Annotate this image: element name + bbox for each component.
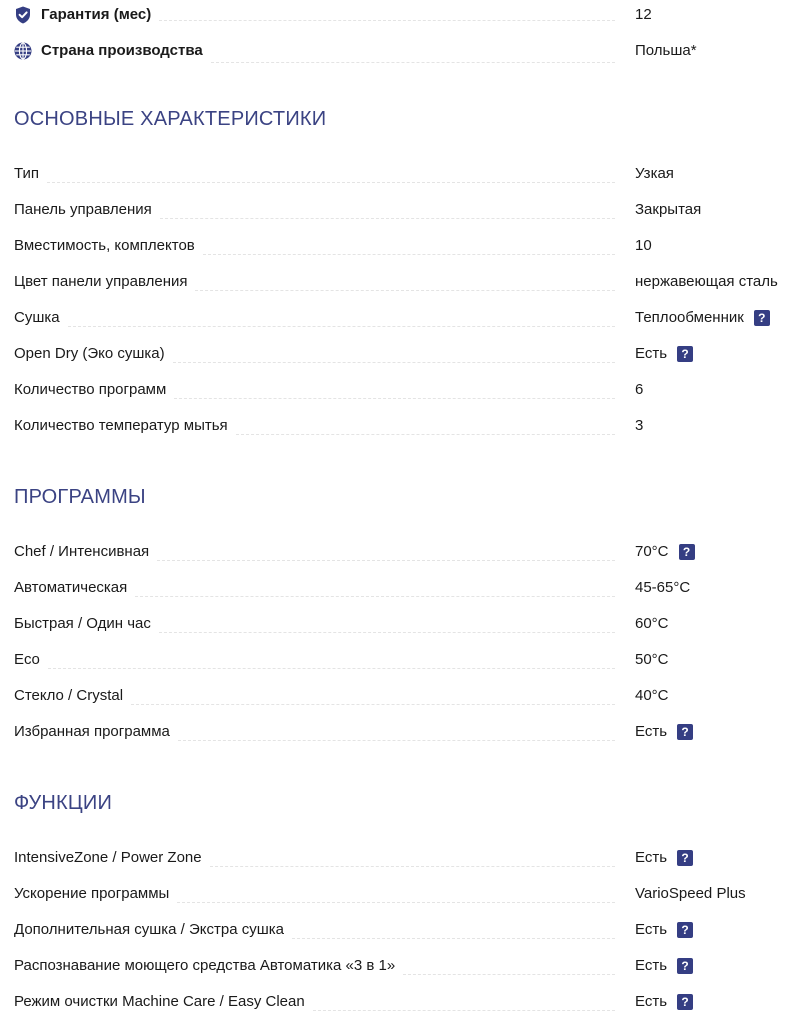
- spec-value-text: 70°C: [635, 543, 669, 561]
- spec-label: IntensiveZone / Power Zone: [14, 849, 210, 867]
- spec-label-wrap: Страна производства: [14, 30, 621, 72]
- spec-label-wrap: Распознавание моющего средства Автоматик…: [14, 948, 621, 984]
- spec-value: 12: [621, 6, 652, 24]
- spec-label: Open Dry (Эко сушка): [14, 345, 173, 363]
- dotted-leader: [211, 62, 615, 63]
- spec-label: Дополнительная сушка / Экстра сушка: [14, 921, 292, 939]
- spec-value: 45-65°C: [621, 579, 690, 597]
- spec-label: Гарантия (мес): [41, 6, 159, 24]
- spec-row: Ускорение программыVarioSpeed Plus: [14, 876, 792, 912]
- dotted-leader: [157, 560, 615, 561]
- section-title: ПРОГРАММЫ: [14, 485, 792, 509]
- section-main-characteristics: ОСНОВНЫЕ ХАРАКТЕРИСТИКИ ТипУзкаяПанель у…: [14, 107, 792, 444]
- dotted-leader: [47, 182, 615, 183]
- dotted-leader: [403, 974, 615, 975]
- spec-label-wrap: Стекло / Crystal: [14, 678, 621, 714]
- help-icon[interactable]: ?: [677, 724, 693, 740]
- spec-row: СушкаТеплообменник?: [14, 300, 792, 336]
- spec-label: Eco: [14, 651, 48, 669]
- dotted-leader: [173, 362, 615, 363]
- spec-value-text: нержавеющая сталь: [635, 273, 778, 291]
- spec-label: Цвет панели управления: [14, 273, 195, 291]
- spec-row: Автоматическая45-65°C: [14, 570, 792, 606]
- spec-label: Тип: [14, 165, 47, 183]
- dotted-leader: [160, 218, 615, 219]
- spec-label-wrap: Сушка: [14, 300, 621, 336]
- help-icon[interactable]: ?: [677, 958, 693, 974]
- spec-value: Есть?: [621, 849, 693, 867]
- spec-value-text: 45-65°C: [635, 579, 690, 597]
- spec-row: Режим очистки Machine Care / Easy CleanЕ…: [14, 984, 792, 1017]
- spec-value: 60°C: [621, 615, 669, 633]
- spec-label-wrap: Режим очистки Machine Care / Easy Clean: [14, 984, 621, 1017]
- spec-value-text: 12: [635, 6, 652, 24]
- spec-value-text: 3: [635, 417, 643, 435]
- spec-value-text: Теплообменник: [635, 309, 744, 327]
- spec-value: 10: [621, 237, 652, 255]
- spec-label: Количество программ: [14, 381, 174, 399]
- help-icon[interactable]: ?: [677, 346, 693, 362]
- help-icon[interactable]: ?: [679, 544, 695, 560]
- spec-value-text: 6: [635, 381, 643, 399]
- spec-label-wrap: Автоматическая: [14, 570, 621, 606]
- spec-value-text: Есть: [635, 921, 667, 939]
- spec-row: IntensiveZone / Power ZoneЕсть?: [14, 840, 792, 876]
- spec-label-wrap: Open Dry (Эко сушка): [14, 336, 621, 372]
- spec-value: 50°C: [621, 651, 669, 669]
- section-rows: IntensiveZone / Power ZoneЕсть?Ускорение…: [14, 840, 792, 1017]
- spec-value: 3: [621, 417, 643, 435]
- spec-label: Сушка: [14, 309, 68, 327]
- spec-value-text: VarioSpeed Plus: [635, 885, 746, 903]
- spec-label: Страна производства: [41, 42, 211, 60]
- spec-row-country: Страна производства Польша*: [14, 30, 792, 72]
- dotted-leader: [135, 596, 615, 597]
- spec-value-text: 60°C: [635, 615, 669, 633]
- spec-label: Ускорение программы: [14, 885, 177, 903]
- dotted-leader: [203, 254, 615, 255]
- dotted-leader: [68, 326, 615, 327]
- spec-label: Chef / Интенсивная: [14, 543, 157, 561]
- dotted-leader: [159, 632, 615, 633]
- spec-value: Закрытая: [621, 201, 701, 219]
- spec-label-wrap: Гарантия (мес): [14, 0, 621, 30]
- spec-label: Распознавание моющего средства Автоматик…: [14, 957, 403, 975]
- dotted-leader: [313, 1010, 615, 1011]
- spec-label-wrap: Ускорение программы: [14, 876, 621, 912]
- spec-value-text: Есть: [635, 957, 667, 975]
- spec-label-wrap: Вместимость, комплектов: [14, 228, 621, 264]
- spec-label: Панель управления: [14, 201, 160, 219]
- spec-label: Автоматическая: [14, 579, 135, 597]
- spec-value: Есть?: [621, 993, 693, 1011]
- spec-value-text: Есть: [635, 849, 667, 867]
- spec-label-wrap: IntensiveZone / Power Zone: [14, 840, 621, 876]
- spec-label-wrap: Быстрая / Один час: [14, 606, 621, 642]
- spec-label: Количество температур мытья: [14, 417, 236, 435]
- spec-label-wrap: Количество температур мытья: [14, 408, 621, 444]
- dotted-leader: [178, 740, 615, 741]
- dotted-leader: [131, 704, 615, 705]
- spec-value: 70°C?: [621, 543, 695, 561]
- spec-label-wrap: Eco: [14, 642, 621, 678]
- help-icon[interactable]: ?: [677, 922, 693, 938]
- help-icon[interactable]: ?: [677, 994, 693, 1010]
- spec-row: Количество программ6: [14, 372, 792, 408]
- help-icon[interactable]: ?: [754, 310, 770, 326]
- spec-label-wrap: Тип: [14, 156, 621, 192]
- dotted-leader: [210, 866, 615, 867]
- section-rows: ТипУзкаяПанель управленияЗакрытаяВместим…: [14, 156, 792, 444]
- section-title: ОСНОВНЫЕ ХАРАКТЕРИСТИКИ: [14, 107, 792, 131]
- spec-row: Панель управленияЗакрытая: [14, 192, 792, 228]
- spec-label: Быстрая / Один час: [14, 615, 159, 633]
- spec-label: Избранная программа: [14, 723, 178, 741]
- spec-row: Распознавание моющего средства Автоматик…: [14, 948, 792, 984]
- spec-row: Дополнительная сушка / Экстра сушкаЕсть?: [14, 912, 792, 948]
- spec-value-text: Есть: [635, 345, 667, 363]
- spec-value: Есть?: [621, 345, 693, 363]
- dotted-leader: [177, 902, 615, 903]
- spec-value: Польша*: [621, 42, 697, 60]
- globe-icon: [14, 42, 32, 60]
- spec-row: Избранная программаЕсть?: [14, 714, 792, 750]
- spec-value: Теплообменник?: [621, 309, 770, 327]
- spec-value-text: Есть: [635, 723, 667, 741]
- spec-row: ТипУзкая: [14, 156, 792, 192]
- spec-value-text: Закрытая: [635, 201, 701, 219]
- spec-value-text: Узкая: [635, 165, 674, 183]
- spec-row: Вместимость, комплектов10: [14, 228, 792, 264]
- section-title: ФУНКЦИИ: [14, 791, 792, 815]
- spec-label: Вместимость, комплектов: [14, 237, 203, 255]
- spec-value-text: 50°C: [635, 651, 669, 669]
- spec-row: Chef / Интенсивная70°C?: [14, 534, 792, 570]
- dotted-leader: [292, 938, 615, 939]
- spec-value: VarioSpeed Plus: [621, 885, 746, 903]
- spec-row: Eco50°C: [14, 642, 792, 678]
- spec-row: Быстрая / Один час60°C: [14, 606, 792, 642]
- spec-value: 6: [621, 381, 643, 399]
- spec-row-warranty: Гарантия (мес) 12: [14, 0, 792, 30]
- spec-label-wrap: Избранная программа: [14, 714, 621, 750]
- dotted-leader: [195, 290, 615, 291]
- spec-value-text: Есть: [635, 993, 667, 1011]
- dotted-leader: [174, 398, 615, 399]
- spec-value-text: 40°C: [635, 687, 669, 705]
- spec-label-wrap: Chef / Интенсивная: [14, 534, 621, 570]
- spec-value: Есть?: [621, 921, 693, 939]
- spec-value: 40°C: [621, 687, 669, 705]
- section-rows: Chef / Интенсивная70°C?Автоматическая45-…: [14, 534, 792, 750]
- dotted-leader: [48, 668, 615, 669]
- spec-value: Есть?: [621, 723, 693, 741]
- spec-label-wrap: Цвет панели управления: [14, 264, 621, 300]
- spec-label: Режим очистки Machine Care / Easy Clean: [14, 993, 313, 1011]
- spec-row: Стекло / Crystal40°C: [14, 678, 792, 714]
- section-programs: ПРОГРАММЫ Chef / Интенсивная70°C?Автомат…: [14, 485, 792, 750]
- section-functions: ФУНКЦИИ IntensiveZone / Power ZoneЕсть?У…: [14, 791, 792, 1017]
- dotted-leader: [159, 20, 615, 21]
- help-icon[interactable]: ?: [677, 850, 693, 866]
- spec-value: нержавеющая сталь: [621, 273, 778, 291]
- spec-value: Узкая: [621, 165, 674, 183]
- spec-label: Стекло / Crystal: [14, 687, 131, 705]
- spec-label-wrap: Дополнительная сушка / Экстра сушка: [14, 912, 621, 948]
- spec-value-text: Польша*: [635, 42, 697, 60]
- dotted-leader: [236, 434, 615, 435]
- spec-row: Цвет панели управлениянержавеющая сталь: [14, 264, 792, 300]
- spec-label-wrap: Панель управления: [14, 192, 621, 228]
- spec-list: Гарантия (мес) 12 Страна: [14, 0, 792, 1017]
- spec-row: Количество температур мытья3: [14, 408, 792, 444]
- spec-value-text: 10: [635, 237, 652, 255]
- shield-check-icon: [14, 6, 32, 24]
- spec-row: Open Dry (Эко сушка)Есть?: [14, 336, 792, 372]
- spec-label-wrap: Количество программ: [14, 372, 621, 408]
- spec-value: Есть?: [621, 957, 693, 975]
